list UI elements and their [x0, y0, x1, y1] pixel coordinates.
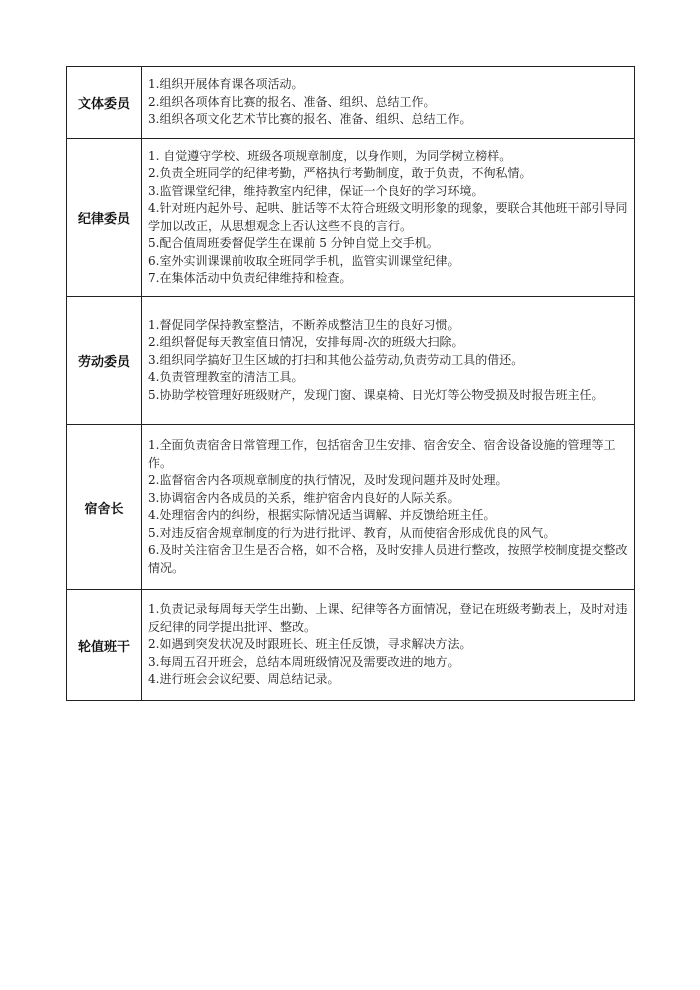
table-row: 宿舍长1.全面负责宿舍日常管理工作，包括宿舍卫生安排、宿舍安全、宿舍设备设施的管…	[67, 425, 635, 590]
duty-item: 5.对违反宿舍规章制度的行为进行批评、教育，从而使宿舍形成优良的风气。	[148, 525, 628, 543]
duty-item: 4.进行班会会议纪要、周总结记录。	[148, 671, 628, 689]
duty-item: 2.组织督促每天教室值日情况，安排每周-次的班级大扫除。	[148, 334, 628, 352]
duty-item: 5.配合值周班委督促学生在课前 5 分钟自觉上交手机。	[148, 235, 628, 253]
role-name: 轮值班干	[67, 590, 142, 701]
duty-item: 7.在集体活动中负责纪律维持和检查。	[148, 270, 628, 288]
role-name: 文体委员	[67, 67, 142, 139]
role-name: 宿舍长	[67, 425, 142, 590]
duties-list: 1.组织开展体育课各项活动。2.组织各项体育比赛的报名、准备、组织、总结工作。3…	[142, 67, 635, 139]
duty-item: 4.针对班内起外号、起哄、脏话等不太符合班级文明形象的现象，要联合其他班干部引导…	[148, 200, 628, 235]
duty-item: 1. 自觉遵守学校、班级各项规章制度，以身作则，为同学树立榜样。	[148, 148, 628, 166]
duty-item: 6.室外实训课课前收取全班同学手机，监管实训课堂纪律。	[148, 253, 628, 271]
duty-item: 3.每周五召开班会，总结本周班级情况及需要改进的地方。	[148, 654, 628, 672]
table-row: 纪律委员1. 自觉遵守学校、班级各项规章制度，以身作则，为同学树立榜样。2.负责…	[67, 139, 635, 297]
duty-item: 3.组织各项文化艺术节比赛的报名、准备、组织、总结工作。	[148, 111, 628, 129]
duty-item: 1.组织开展体育课各项活动。	[148, 76, 628, 94]
table-row: 文体委员1.组织开展体育课各项活动。2.组织各项体育比赛的报名、准备、组织、总结…	[67, 67, 635, 139]
table-row: 轮值班干1.负责记录每周每天学生出勤、上课、纪律等各方面情况，登记在班级考勤表上…	[67, 590, 635, 701]
class-duties-table: 文体委员1.组织开展体育课各项活动。2.组织各项体育比赛的报名、准备、组织、总结…	[66, 66, 635, 701]
table-row: 劳动委员1.督促同学保持教室整洁，不断养成整洁卫生的良好习惯。2.组织督促每天教…	[67, 297, 635, 425]
duties-list: 1. 自觉遵守学校、班级各项规章制度，以身作则，为同学树立榜样。2.负责全班同学…	[142, 139, 635, 297]
duty-item: 3.监管课堂纪律，维持教室内纪律，保证一个良好的学习环境。	[148, 183, 628, 201]
duty-item: 2.如遇到突发状况及时跟班长、班主任反馈，寻求解决方法。	[148, 636, 628, 654]
duty-item: 4.处理宿舍内的纠纷，根据实际情况适当调解、并反馈给班主任。	[148, 507, 628, 525]
duty-item: 1.全面负责宿舍日常管理工作，包括宿舍卫生安排、宿舍安全、宿舍设备设施的管理等工…	[148, 437, 628, 472]
duty-item: 1.督促同学保持教室整洁，不断养成整洁卫生的良好习惯。	[148, 317, 628, 335]
role-name: 纪律委员	[67, 139, 142, 297]
duties-list: 1.负责记录每周每天学生出勤、上课、纪律等各方面情况，登记在班级考勤表上，及时对…	[142, 590, 635, 701]
duty-item: 5.协助学校管理好班级财产，发现门窗、课桌椅、日光灯等公物受损及时报告班主任。	[148, 387, 628, 405]
duties-list: 1.全面负责宿舍日常管理工作，包括宿舍卫生安排、宿舍安全、宿舍设备设施的管理等工…	[142, 425, 635, 590]
duty-item: 2.监督宿舍内各项规章制度的执行情况，及时发现问题并及时处理。	[148, 472, 628, 490]
role-name: 劳动委员	[67, 297, 142, 425]
duty-item: 2.负责全班同学的纪律考勤，严格执行考勤制度，敢于负责，不徇私情。	[148, 165, 628, 183]
duty-item: 6.及时关注宿舍卫生是否合格，如不合格，及时安排人员进行整改，按照学校制度提交整…	[148, 542, 628, 577]
duties-list: 1.督促同学保持教室整洁，不断养成整洁卫生的良好习惯。2.组织督促每天教室值日情…	[142, 297, 635, 425]
duty-item: 1.负责记录每周每天学生出勤、上课、纪律等各方面情况，登记在班级考勤表上，及时对…	[148, 601, 628, 636]
duty-item: 3.协调宿舍内各成员的关系，维护宿舍内良好的人际关系。	[148, 490, 628, 508]
duty-item: 4.负责管理教室的清洁工具。	[148, 369, 628, 387]
duty-item: 2.组织各项体育比赛的报名、准备、组织、总结工作。	[148, 94, 628, 112]
duty-item: 3.组织同学搞好卫生区域的打扫和其他公益劳动,负责劳动工具的借还。	[148, 352, 628, 370]
